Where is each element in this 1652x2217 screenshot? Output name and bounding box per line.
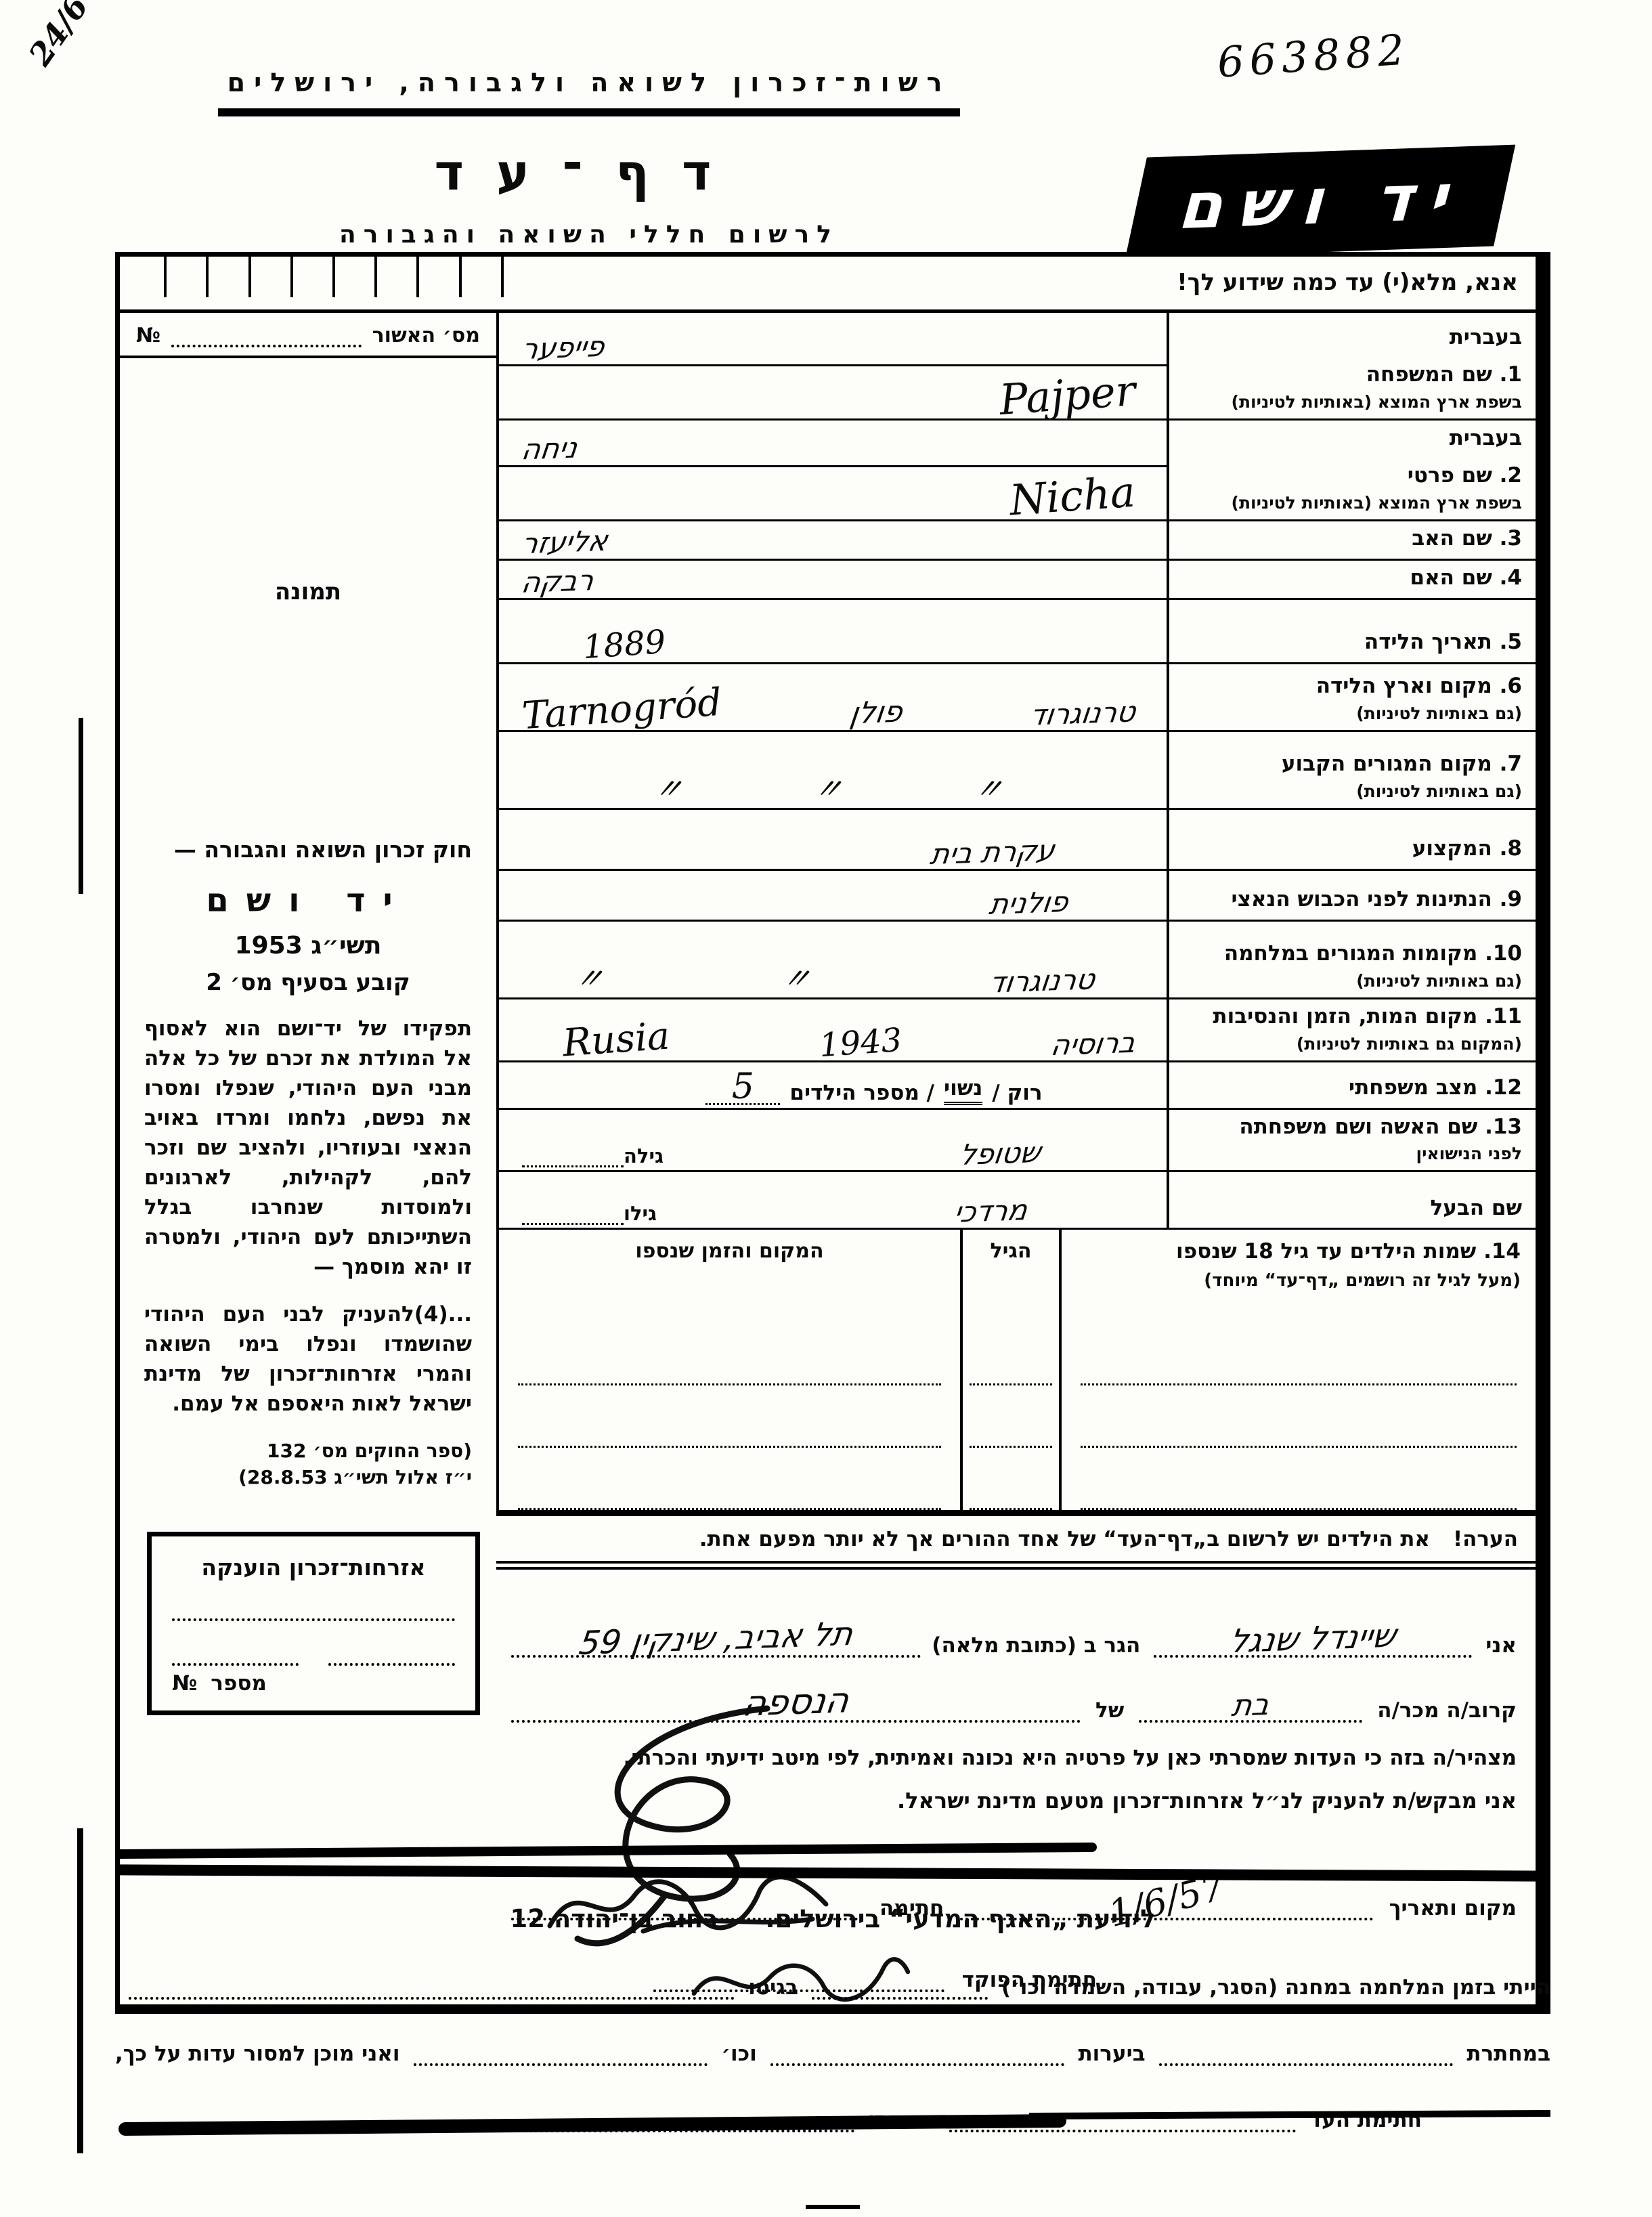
first-name-latin-handwritten: Nicha <box>1008 467 1137 525</box>
relation-handwritten: בת <box>1230 1687 1271 1723</box>
death-year-handwritten: 1943 <box>818 1020 903 1064</box>
permanent-residence-sub: (גם באותיות לטיניות) <box>1177 781 1522 801</box>
declarant-identity-line: אני שיינדל שנגל הגר ב (כתובת מלאה) תל אב… <box>511 1590 1517 1658</box>
memorial-citizenship-box: אזרחות־זכרון הוענקה מספר № <box>147 1532 480 1715</box>
relation-line: קרוב/ה מכר/ה בת של הנספה <box>511 1663 1517 1723</box>
birth-country-handwritten: פולן <box>848 694 905 731</box>
law-paragraph-1: תפקידו של יד־ושם הוא לאסוף אל המולדת את … <box>144 1014 472 1282</box>
wife-name-label: 13. שם האשה ושם משפחתה <box>1177 1114 1522 1140</box>
family-status-label: 12. מצב משפחתי <box>1177 1075 1522 1101</box>
field-family-status: 12. מצב משפחתי רוק / נשוי / מספר הילדים … <box>499 1062 1536 1110</box>
of-whom-handwritten: הנספה <box>740 1681 851 1725</box>
field-family-name: בעברית 1. שם המשפחה בשפת ארץ המוצא (באות… <box>499 313 1536 421</box>
field-first-name: בעברית 2. שם פרטי בשפת ארץ המוצא (באותיו… <box>499 421 1536 521</box>
scan-artifact-edge <box>79 718 83 894</box>
declarant-address-handwritten: תל אביב, שינקין 59 <box>577 1615 855 1662</box>
scientific-branch-address: רחוב בן־יהודה 12 <box>510 1904 718 1933</box>
citizenship-number-label: מספר <box>211 1671 267 1696</box>
citizenship-handwritten: פולנית <box>987 885 1070 921</box>
forests-blank <box>770 2058 1065 2066</box>
father-name-label: 3. שם האב <box>1177 525 1522 552</box>
ditto-mark: 〃 <box>571 957 608 996</box>
children-table: 14. שמות הילדים עד גיל 18 שנספו (מעל לגי… <box>496 1230 1536 1516</box>
hebrew-caption: בעברית <box>1177 325 1522 349</box>
authority-line: רשות־זכרון לשואה ולגבורה, ירושלים <box>218 68 961 116</box>
camp-ghetto-line: הייתי בזמן המלחמה במחנה (הסגר, עבודה, הש… <box>115 1975 1550 2000</box>
law-name: יד ושם <box>144 882 472 920</box>
family-name-label: 1. שם המשפחה <box>1177 362 1522 388</box>
field-father-name: 3. שם האב אליעזר <box>499 521 1536 561</box>
field-wartime-residences: 10. מקומות המגורים במלחמה (גם באותיות לט… <box>499 922 1536 999</box>
law-reference-line2: י״ז אלול תשי״ג 28.8.53) <box>144 1464 472 1490</box>
note-text: את הילדים יש לרשום ב„דף־העד“ של אחד ההור… <box>699 1527 1430 1551</box>
latin-caption: בשפת ארץ המוצא (באותיות לטיניות) <box>1177 392 1522 412</box>
birth-date-label: 5. תאריך הלידה <box>1177 629 1522 655</box>
children-row <box>499 1385 1536 1448</box>
mother-name-label: 4. שם האם <box>1177 565 1522 591</box>
law-reference-line1: (ספר החוקים מס׳ 132 <box>144 1438 472 1464</box>
birth-date-handwritten: 1889 <box>582 623 667 666</box>
law-year: תשי״ג 1953 <box>144 932 472 960</box>
field-death-place-time: 11. מקום המות, הזמן והנסיבות (המקום גם ב… <box>499 999 1536 1062</box>
of-label: של <box>1095 1698 1124 1723</box>
children-row <box>499 1448 1536 1510</box>
law-reference: (ספר החוקים מס׳ 132 י״ז אלול תשי״ג 28.8.… <box>144 1438 472 1490</box>
children-table-header: 14. שמות הילדים עד גיל 18 שנספו (מעל לגי… <box>499 1230 1536 1297</box>
etc-blank <box>414 2058 708 2066</box>
birth-place-label: 6. מקום וארץ הלידה <box>1177 673 1522 699</box>
field-pre-war-citizenship: 9. הנתינות לפני הכבוש הנאצי פולנית <box>499 871 1536 922</box>
request-text: אני מבקש/ת להעניק לנ״ל אזרחות־זכרון מטעם… <box>897 1788 1517 1813</box>
status-option-children-count: / מספר הילדים <box>789 1081 934 1105</box>
left-column: מס׳ האשור № תמונה חוק זכרון השואה והגבור… <box>120 313 496 1736</box>
yad-vashem-logo-text: יד ושם <box>1175 160 1464 244</box>
statement-line: מצהיר/ה בזה כי העדות שמסרתי כאן על פרטיה… <box>511 1746 1517 1770</box>
ghetto-label: בגיטו <box>748 1975 798 2000</box>
children-sub: (מעל לגיל זה רושמים „דף־עד“ מיוחד) <box>1077 1270 1521 1291</box>
declarant-name-handwritten: שיינדל שנגל <box>1227 1617 1399 1660</box>
ditto-mark: 〃 <box>970 768 1007 806</box>
form-title: דף־עד <box>142 144 1036 202</box>
instruction-row: אנא, מלא(י) עד כמה שידוע לך! <box>120 257 1536 313</box>
etc-label: וכו׳ <box>721 2042 757 2066</box>
wife-name-sub: לפני הנישואין <box>1177 1144 1522 1163</box>
status-option-single: רוק / <box>992 1081 1042 1105</box>
citizenship-blank-line <box>172 1616 455 1621</box>
field-mother-name: 4. שם האם רבקה <box>499 561 1536 600</box>
ready-to-testify-label: ואני מוכן למסור עדות על כך, <box>115 2042 400 2066</box>
ditto-mark: 〃 <box>779 957 815 996</box>
place-time-column-header: המקום והזמן שנספו <box>499 1230 960 1297</box>
camp-label: הייתי בזמן המלחמה במחנה (הסגר, עבודה, הש… <box>1001 1975 1550 2000</box>
underground-blank <box>1159 2058 1454 2066</box>
field-birth-date: 5. תאריך הלידה 1889 <box>499 600 1536 664</box>
form-subtitle: לרשום חללי השואה והגבורה <box>142 221 1036 249</box>
death-place-hebrew-handwritten: ברוסיה <box>1049 1025 1138 1061</box>
fill-in-instruction: אנא, מלא(י) עד כמה שידוע לך! <box>548 257 1536 309</box>
note-label: הערה! <box>1453 1527 1518 1551</box>
birth-place-hebrew-handwritten: טרנוגרוד <box>1028 695 1138 731</box>
approval-number-label: מס׳ האשור <box>372 324 480 347</box>
wartime-residences-sub: (גם באותיות לטיניות) <box>1177 971 1522 991</box>
husband-name-handwritten: מרדכי <box>952 1193 1029 1229</box>
birth-place-latin-handwritten: Tarnogród <box>521 681 723 738</box>
family-name-latin-handwritten: Pajper <box>998 366 1137 425</box>
camp-blank <box>812 1992 988 2000</box>
relative-label: קרוב/ה מכר/ה <box>1377 1698 1517 1723</box>
law-title: חוק זכרון השואה והגבורה — <box>144 836 472 863</box>
residing-label: הגר ב (כתובת מלאה) <box>932 1633 1140 1658</box>
birth-place-sub: (גם באותיות לטיניות) <box>1177 704 1522 723</box>
field-wife-name: 13. שם האשה ושם משפחתה לפני הנישואין שטו… <box>499 1110 1536 1173</box>
ghetto-blank <box>129 1992 735 2000</box>
ditto-mark: 〃 <box>810 768 847 806</box>
profession-label: 8. המקצוע <box>1177 836 1522 862</box>
corner-handwritten-mark: 24/6 <box>22 0 95 72</box>
photo-label: תמונה <box>275 578 341 605</box>
profession-handwritten: עקרת בית <box>928 834 1057 871</box>
scientific-branch-title: לידיעת „האגף המדעי“ בירושלים. <box>765 1904 1155 1933</box>
death-place-sub: (המקום גם באותיות לטיניות) <box>1177 1034 1522 1054</box>
numero-sign: № <box>136 324 160 347</box>
law-paragraph-2: ‏...(4)להעניק לבני העם היהודי שהושמדו ונ… <box>144 1299 472 1419</box>
citizenship-blank-line-2 <box>172 1660 455 1666</box>
i-label: אני <box>1485 1633 1517 1658</box>
status-option-married: נשוי <box>944 1076 982 1105</box>
first-name-label: 2. שם פרטי <box>1177 462 1522 489</box>
main-form-box: אנא, מלא(י) עד כמה שידוע לך! מס׳ האשור №… <box>115 252 1550 2014</box>
mother-name-handwritten: רבקה <box>519 563 596 599</box>
fields-column: בעברית 1. שם המשפחה בשפת ארץ המוצא (באות… <box>496 313 1536 2004</box>
page-of-testimony-scan: 24/6 רשות־זכרון לשואה ולגבורה, ירושלים ד… <box>0 0 1652 2217</box>
yad-vashem-logo: יד ושם <box>1125 145 1516 259</box>
children-count-handwritten: 5 <box>732 1067 754 1107</box>
number-tick-strip <box>120 257 548 309</box>
her-age-label: גילה <box>624 1144 664 1167</box>
his-age-label: גילו <box>624 1202 657 1225</box>
children-row <box>499 1297 1536 1385</box>
field-profession: 8. המקצוע עקרת בית <box>499 810 1536 871</box>
underground-forests-line: במחתרת ביערות וכו׳ ואני מוכן למסור עדות … <box>115 2042 1550 2066</box>
forests-label: ביערות <box>1078 2042 1145 2066</box>
field-husband-name: שם הבעל מרדכי גילו <box>499 1172 1536 1230</box>
field-birth-place: 6. מקום וארץ הלידה (גם באותיות לטיניות) … <box>499 664 1536 732</box>
law-sidebar: חוק זכרון השואה והגבורה — יד ושם תשי״ג 1… <box>120 825 496 1491</box>
photo-placeholder: תמונה <box>120 358 496 825</box>
scientific-branch-section: לידיעת „האגף המדעי“ בירושלים. רחוב בן־יה… <box>115 1904 1550 2132</box>
age-column-header: הגיל <box>960 1230 1062 1297</box>
wartime-residence-handwritten: טרנוגרוד <box>988 962 1097 999</box>
first-name-hebrew-handwritten: ניחה <box>519 431 579 467</box>
father-name-handwritten: אליעזר <box>519 524 610 560</box>
wife-name-handwritten: שטופל <box>958 1136 1043 1171</box>
document-number-handwritten: 663882 <box>1082 15 1544 96</box>
death-place-label: 11. מקום המות, הזמן והנסיבות <box>1177 1004 1522 1030</box>
citizenship-box-title: אזרחות־זכרון הוענקה <box>172 1554 455 1580</box>
family-name-hebrew-handwritten: פייפער <box>519 330 607 366</box>
underground-label: במחתרת <box>1466 2042 1550 2066</box>
latin-caption: בשפת ארץ המוצא (באותיות לטיניות) <box>1177 493 1522 513</box>
scan-artifact-dash <box>806 2205 860 2209</box>
wartime-residences-label: 10. מקומות המגורים במלחמה <box>1177 941 1522 967</box>
ditto-mark: 〃 <box>650 768 687 806</box>
law-clause: קובע בסעיף מס׳ 2 <box>144 969 472 996</box>
permanent-residence-label: 7. מקום המגורים הקבוע <box>1177 751 1522 777</box>
request-line: אני מבקש/ת להעניק לנ״ל אזרחות־זכרון מטעם… <box>511 1788 1517 1813</box>
citizenship-label: 9. הנתינות לפני הכבוש הנאצי <box>1177 886 1522 913</box>
hebrew-caption: בעברית <box>1177 426 1522 450</box>
death-place-latin-handwritten: Rusia <box>561 1014 671 1065</box>
note-row: הערה! את הילדים יש לרשום ב„דף־העד“ של אח… <box>496 1516 1536 1570</box>
approval-number-row: מס׳ האשור № <box>120 313 496 358</box>
citizenship-numero-sign: № <box>172 1671 197 1696</box>
approval-number-blank <box>171 324 361 347</box>
children-label: 14. שמות הילדים עד גיל 18 שנספו <box>1077 1239 1521 1264</box>
field-permanent-residence: 7. מקום המגורים הקבוע (גם באותיות לטיניו… <box>499 732 1536 810</box>
statement-text: מצהיר/ה בזה כי העדות שמסרתי כאן על פרטיה… <box>623 1746 1517 1770</box>
husband-name-label: שם הבעל <box>1177 1195 1522 1222</box>
scan-artifact-edge <box>77 1828 83 2153</box>
